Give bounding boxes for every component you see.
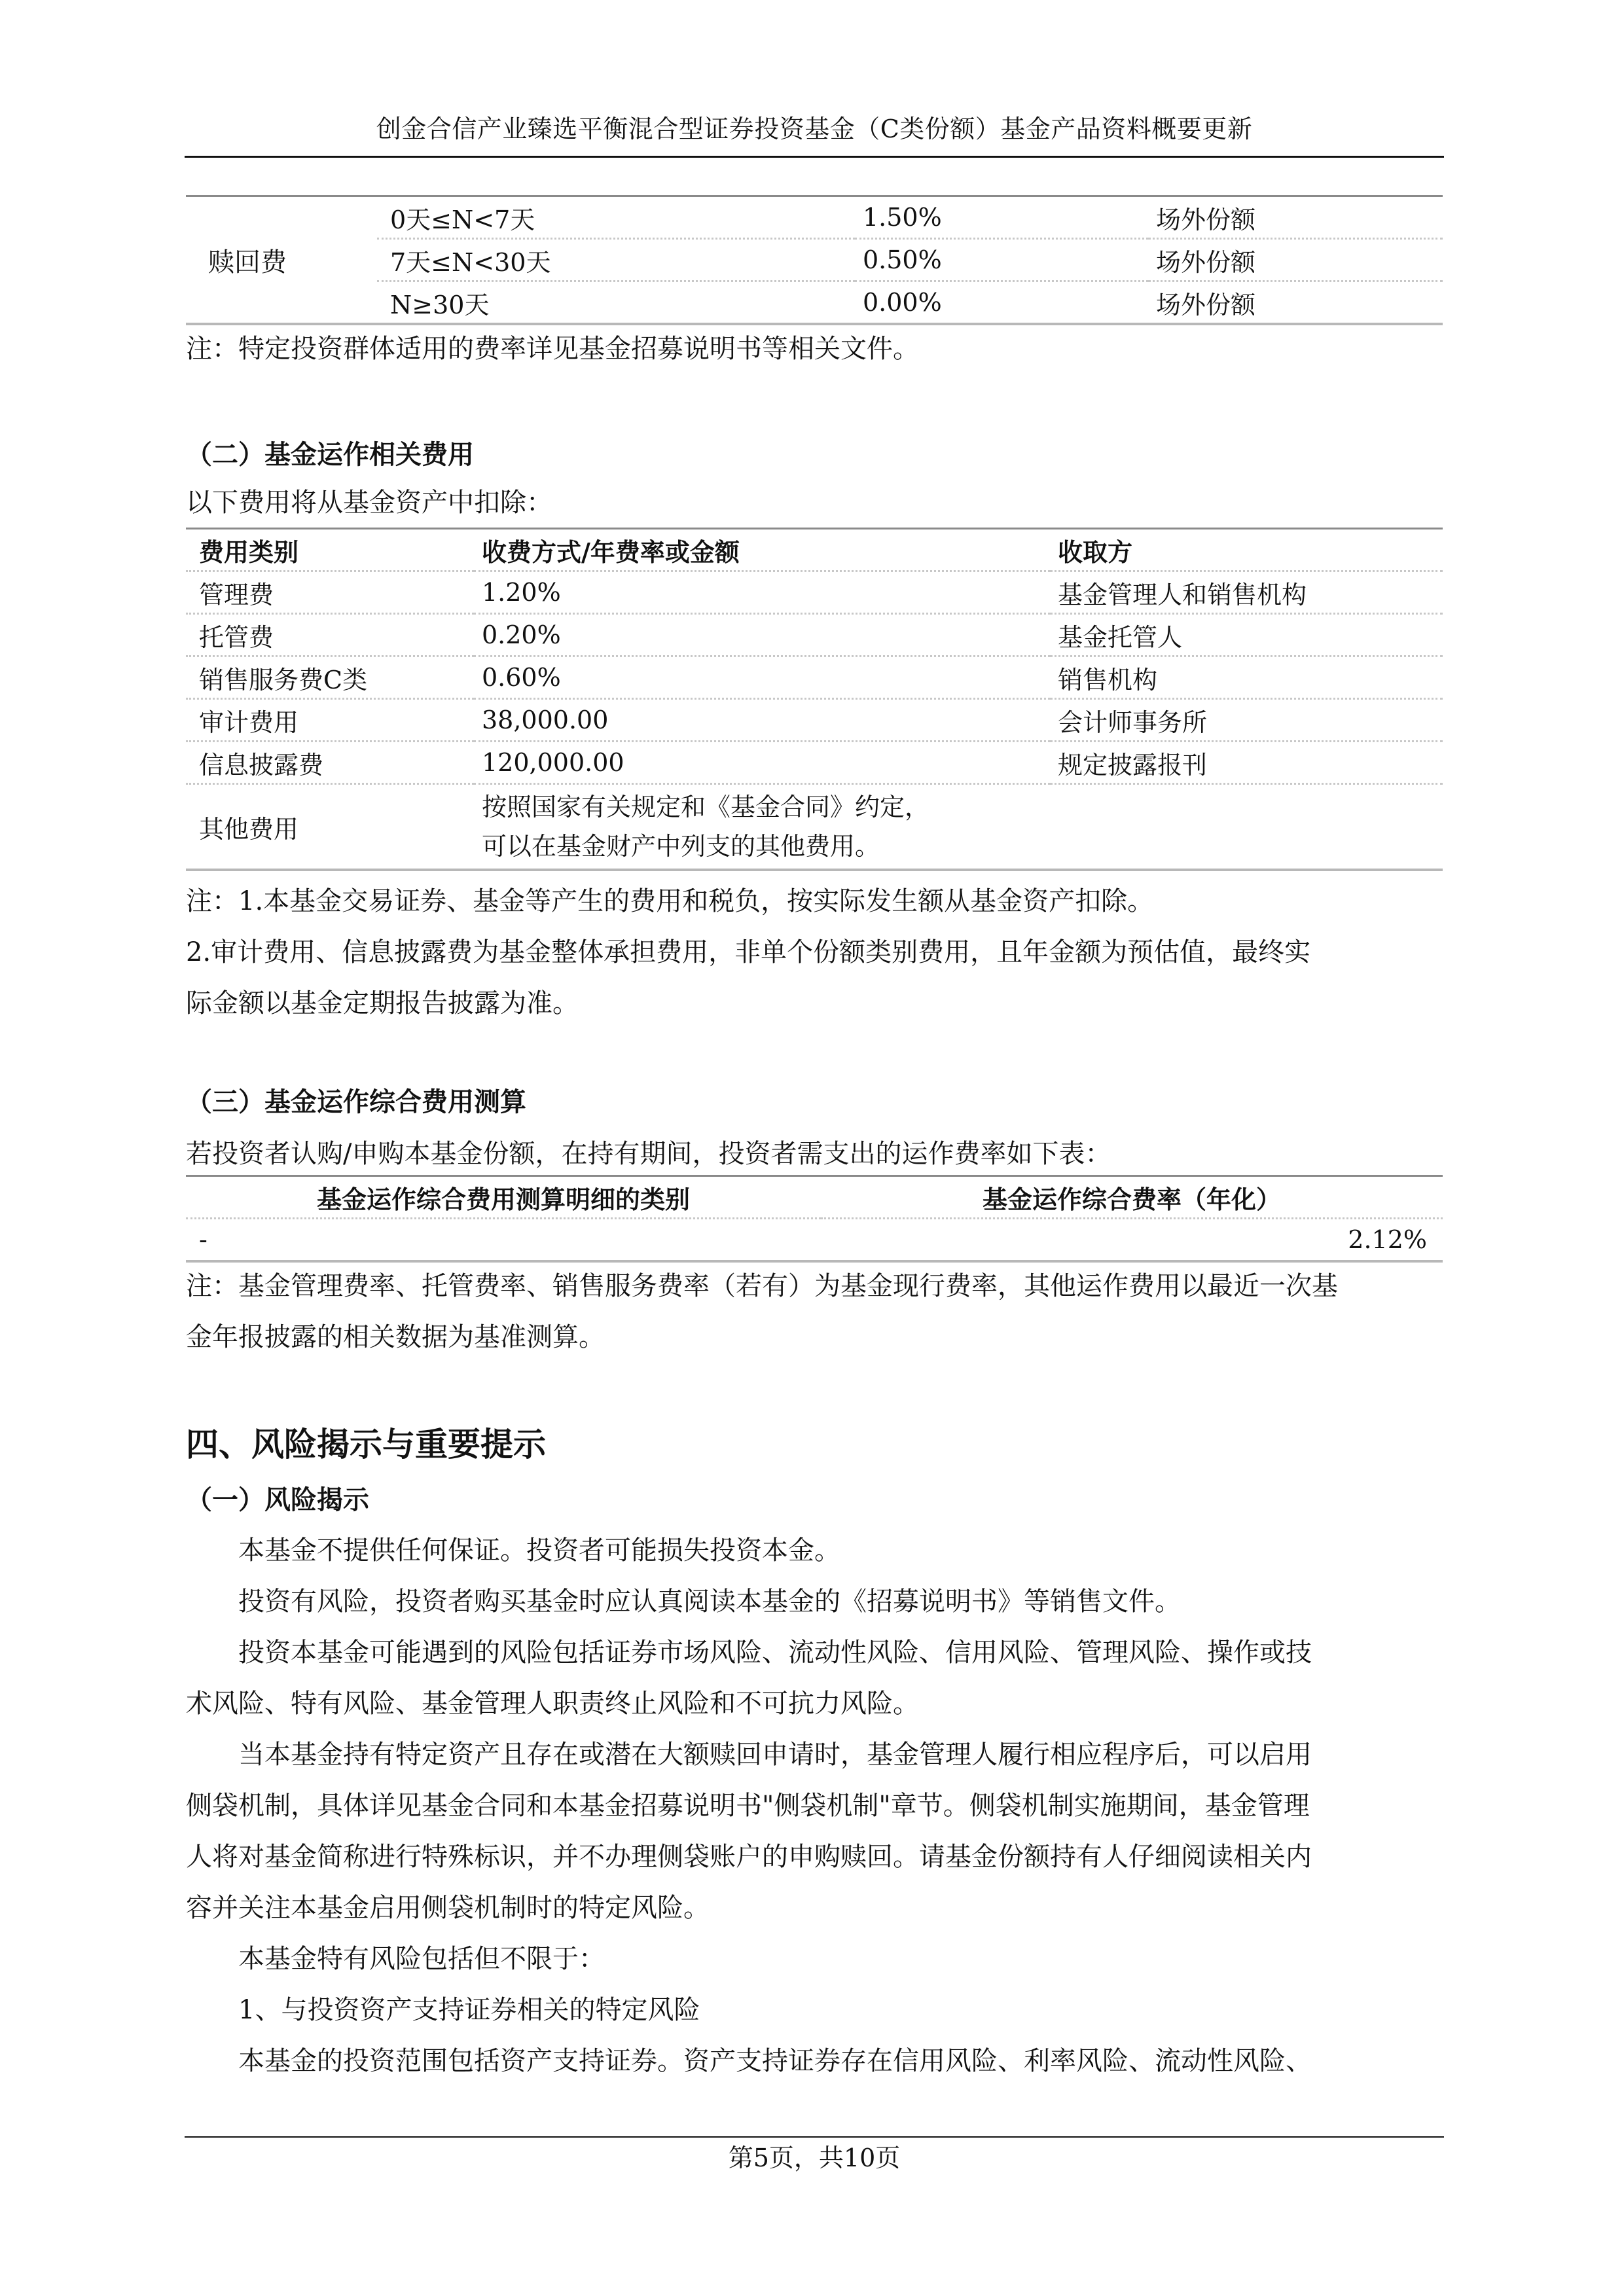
fee-amount-line: 按照国家有关规定和《基金合同》约定， bbox=[482, 787, 1042, 827]
table-row: 审计费用 38,000.00 会计师事务所 bbox=[186, 699, 1443, 742]
redemption-share-type: 场外份额 bbox=[1148, 281, 1443, 325]
risk-paragraph-1: 本基金不提供任何保证。投资者可能损失投资本金。 bbox=[186, 1529, 1443, 1572]
table-row: - 2.12% bbox=[186, 1219, 1443, 1262]
risk-paragraph-4-line-4: 容并关注本基金启用侧袋机制时的特定风险。 bbox=[186, 1886, 1443, 1929]
risk-paragraph-3-line-1: 投资本基金可能遇到的风险包括证券市场风险、流动性风险、信用风险、管理风险、操作或… bbox=[186, 1631, 1443, 1674]
fee-category: 销售服务费C类 bbox=[186, 656, 474, 699]
fee-recipient: 规定披露报刊 bbox=[1050, 742, 1443, 784]
redemption-rate: 1.50% bbox=[855, 196, 1148, 239]
redemption-period: 7天≤N<30天 bbox=[377, 239, 855, 281]
page-number: 第5页，共10页 bbox=[185, 2142, 1444, 2174]
column-header: 费用类别 bbox=[186, 529, 474, 571]
table-row: 赎回费 0天≤N<7天 1.50% 场外份额 bbox=[186, 196, 1443, 239]
fee-amount: 1.20% bbox=[474, 571, 1050, 614]
column-header: 基金运作综合费用测算明细的类别 bbox=[186, 1176, 821, 1219]
fee-amount: 按照国家有关规定和《基金合同》约定， 可以在基金财产中列支的其他费用。 bbox=[474, 784, 1050, 870]
risk-paragraph-3-line-2: 术风险、特有风险、基金管理人职责终止风险和不可抗力风险。 bbox=[186, 1682, 1443, 1725]
redemption-share-type: 场外份额 bbox=[1148, 239, 1443, 281]
risk-paragraph-4-line-2: 侧袋机制，具体详见基金合同和本基金招募说明书"侧袋机制"章节。侧袋机制实施期间，… bbox=[186, 1784, 1443, 1827]
fee-recipient: 基金托管人 bbox=[1050, 614, 1443, 656]
operating-fee-table: 费用类别 收费方式/年费率或金额 收取方 管理费 1.20% 基金管理人和销售机… bbox=[186, 528, 1443, 871]
section-4-sub-heading: （一）风险揭示 bbox=[186, 1480, 1443, 1520]
fee-category: 管理费 bbox=[186, 571, 474, 614]
composite-fee-table-container: 基金运作综合费用测算明细的类别 基金运作综合费率（年化） - 2.12% bbox=[186, 1175, 1443, 1263]
redemption-rate: 0.00% bbox=[855, 281, 1148, 325]
fee-category: 其他费用 bbox=[186, 784, 474, 870]
section-3-heading: （三）基金运作综合费用测算 bbox=[186, 1083, 1443, 1122]
redemption-share-type: 场外份额 bbox=[1148, 196, 1443, 239]
fee-recipient bbox=[1050, 784, 1443, 870]
table-row: 信息披露费 120,000.00 规定披露报刊 bbox=[186, 742, 1443, 784]
fee-category: 审计费用 bbox=[186, 699, 474, 742]
redemption-fee-label: 赎回费 bbox=[186, 196, 377, 325]
table-header-row: 费用类别 收费方式/年费率或金额 收取方 bbox=[186, 529, 1443, 571]
risk-item-1-title: 1、与投资资产支持证券相关的特定风险 bbox=[186, 1988, 1443, 2032]
column-header: 基金运作综合费率（年化） bbox=[821, 1176, 1443, 1219]
fee-category: 信息披露费 bbox=[186, 742, 474, 784]
table-row: 销售服务费C类 0.60% 销售机构 bbox=[186, 656, 1443, 699]
fee-amount: 38,000.00 bbox=[474, 699, 1050, 742]
fee-amount: 0.60% bbox=[474, 656, 1050, 699]
footer-divider bbox=[185, 2136, 1444, 2138]
fee-recipient: 会计师事务所 bbox=[1050, 699, 1443, 742]
risk-paragraph-2: 投资有风险，投资者购买基金时应认真阅读本基金的《招募说明书》等销售文件。 bbox=[186, 1580, 1443, 1623]
section-4-heading: 四、风险揭示与重要提示 bbox=[186, 1422, 1443, 1467]
composite-rate: 2.12% bbox=[821, 1219, 1443, 1262]
section-3-note-line-2: 金年报披露的相关数据为基准测算。 bbox=[186, 1316, 1443, 1359]
redemption-rate: 0.50% bbox=[855, 239, 1148, 281]
fee-amount: 120,000.00 bbox=[474, 742, 1050, 784]
section-2-note-2-line-1: 2.审计费用、信息披露费为基金整体承担费用，非单个份额类别费用，且年金额为预估值… bbox=[186, 931, 1443, 974]
section-2-note-2-line-2: 际金额以基金定期报告披露为准。 bbox=[186, 982, 1443, 1025]
operating-fee-table-container: 费用类别 收费方式/年费率或金额 收取方 管理费 1.20% 基金管理人和销售机… bbox=[186, 528, 1443, 871]
risk-paragraph-4-line-3: 人将对基金简称进行特殊标识，并不办理侧袋账户的申购赎回。请基金份额持有人仔细阅读… bbox=[186, 1835, 1443, 1878]
document-header-title: 创金合信产业臻选平衡混合型证券投资基金（C类份额）基金产品资料概要更新 bbox=[185, 113, 1444, 145]
risk-item-1-text: 本基金的投资范围包括资产支持证券。资产支持证券存在信用风险、利率风险、流动性风险… bbox=[186, 2039, 1443, 2083]
fee-recipient: 销售机构 bbox=[1050, 656, 1443, 699]
document-page: 创金合信产业臻选平衡混合型证券投资基金（C类份额）基金产品资料概要更新 赎回费 … bbox=[0, 0, 1624, 2296]
fee-category: 托管费 bbox=[186, 614, 474, 656]
column-header: 收取方 bbox=[1050, 529, 1443, 571]
section-3-intro: 若投资者认购/申购本基金份额，在持有期间，投资者需支出的运作费率如下表： bbox=[186, 1132, 1443, 1175]
table-row: 托管费 0.20% 基金托管人 bbox=[186, 614, 1443, 656]
redemption-period: N≥30天 bbox=[377, 281, 855, 325]
section-3-note-line-1: 注：基金管理费率、托管费率、销售服务费率（若有）为基金现行费率，其他运作费用以最… bbox=[186, 1265, 1443, 1308]
section-2-heading: （二）基金运作相关费用 bbox=[186, 435, 1443, 475]
redemption-fee-table: 赎回费 0天≤N<7天 1.50% 场外份额 7天≤N<30天 0.50% 场外… bbox=[186, 195, 1443, 325]
redemption-fee-table-container: 赎回费 0天≤N<7天 1.50% 场外份额 7天≤N<30天 0.50% 场外… bbox=[186, 195, 1443, 325]
column-header: 收费方式/年费率或金额 bbox=[474, 529, 1050, 571]
table-row: 其他费用 按照国家有关规定和《基金合同》约定， 可以在基金财产中列支的其他费用。 bbox=[186, 784, 1443, 870]
table-header-row: 基金运作综合费用测算明细的类别 基金运作综合费率（年化） bbox=[186, 1176, 1443, 1219]
table-row: 管理费 1.20% 基金管理人和销售机构 bbox=[186, 571, 1443, 614]
fee-amount: 0.20% bbox=[474, 614, 1050, 656]
section-2-note-1: 注：1.本基金交易证券、基金等产生的费用和税负，按实际发生额从基金资产扣除。 bbox=[186, 880, 1443, 923]
risk-paragraph-4-line-1: 当本基金持有特定资产且存在或潜在大额赎回申请时，基金管理人履行相应程序后，可以启… bbox=[186, 1733, 1443, 1776]
redemption-period: 0天≤N<7天 bbox=[377, 196, 855, 239]
header-divider bbox=[185, 156, 1444, 158]
composite-fee-table: 基金运作综合费用测算明细的类别 基金运作综合费率（年化） - 2.12% bbox=[186, 1175, 1443, 1263]
fee-amount-line: 可以在基金财产中列支的其他费用。 bbox=[482, 827, 1042, 866]
section-2-intro: 以下费用将从基金资产中扣除： bbox=[186, 481, 1443, 524]
redemption-note: 注：特定投资群体适用的费率详见基金招募说明书等相关文件。 bbox=[186, 327, 1443, 370]
fee-recipient: 基金管理人和销售机构 bbox=[1050, 571, 1443, 614]
composite-category: - bbox=[186, 1219, 821, 1262]
risk-paragraph-5: 本基金特有风险包括但不限于： bbox=[186, 1937, 1443, 1981]
